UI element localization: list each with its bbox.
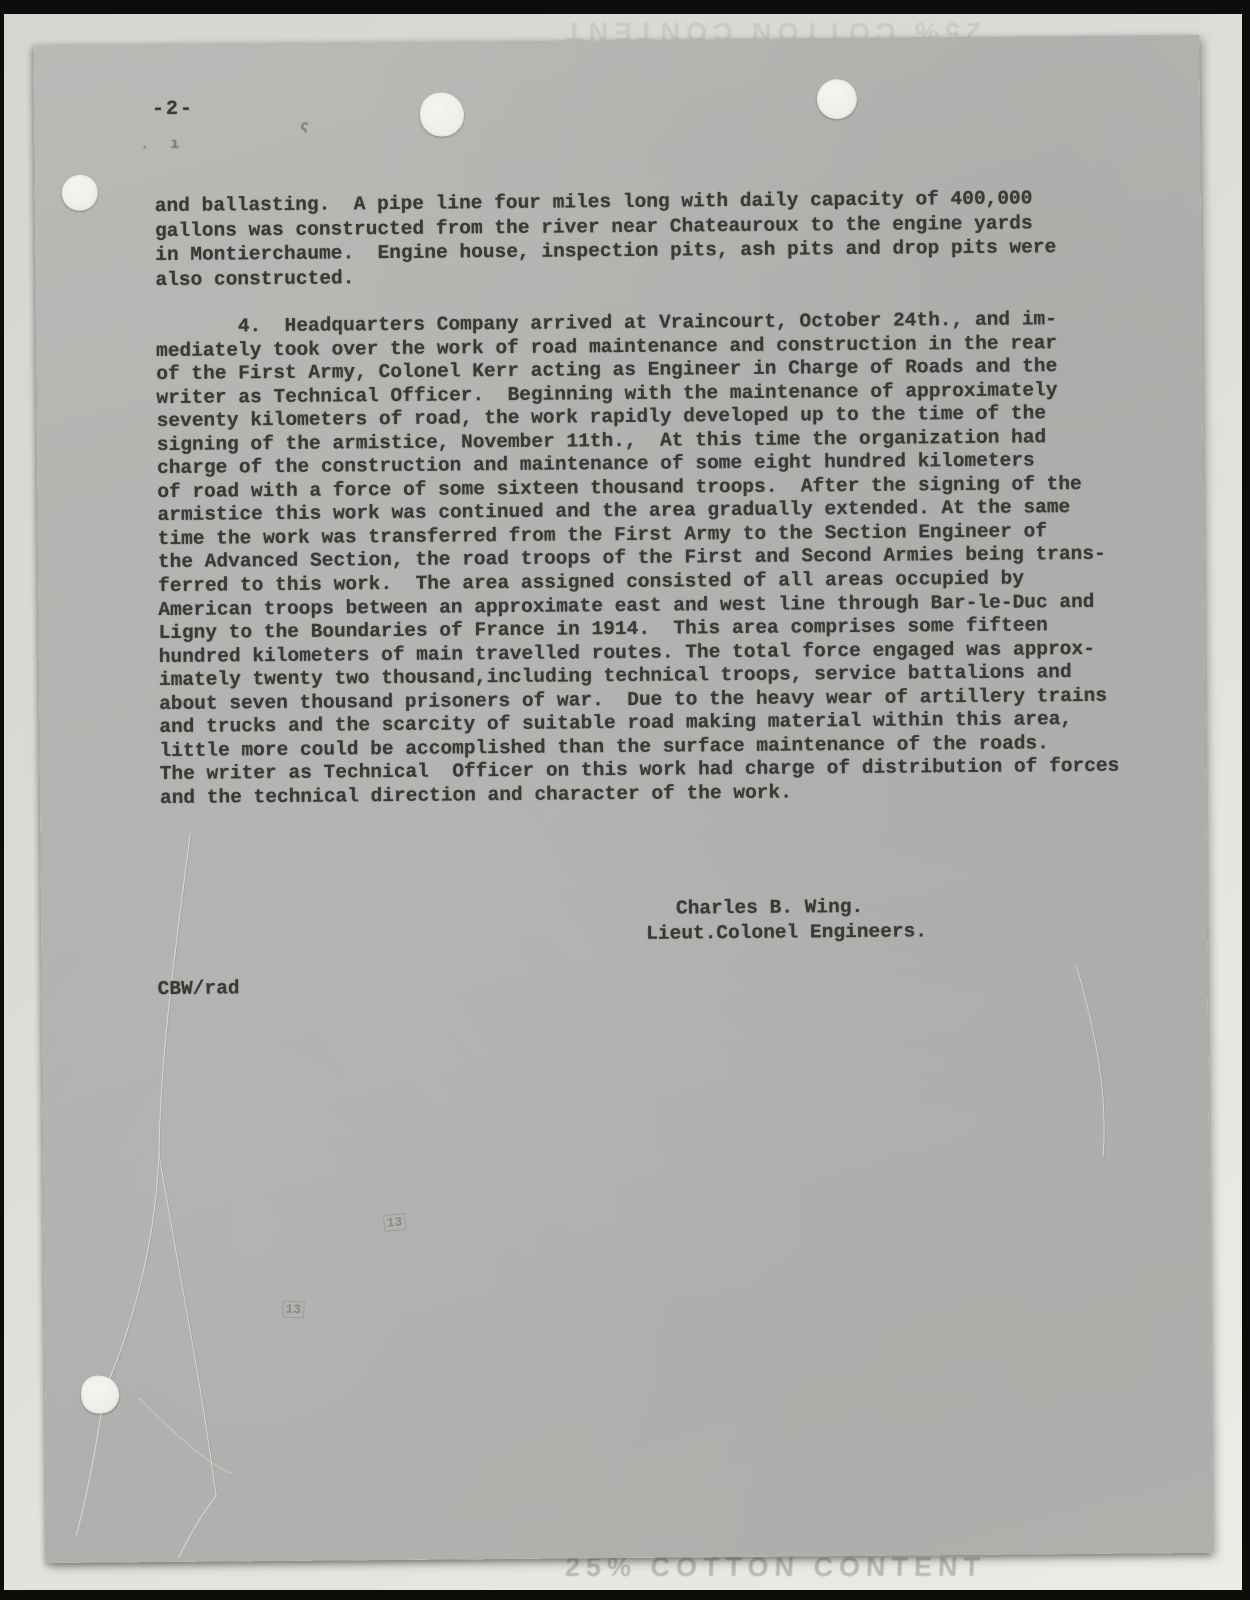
punch-hole-top-right <box>817 79 857 119</box>
stray-ink-mark: ς <box>298 118 310 136</box>
paragraph-continuation: and ballasting. A pipe line four miles l… <box>155 186 1057 292</box>
paragraph-4: 4. Headquarters Company arrived at Vrain… <box>156 308 1120 811</box>
faint-stamp-mark: 13 <box>282 1300 304 1318</box>
signature-name: Charles B. Wing. <box>676 896 863 920</box>
page-number: -2- <box>152 98 194 121</box>
stray-ink-mark: . ı <box>140 136 185 153</box>
faint-stamp-mark: 13 <box>383 1213 406 1232</box>
punch-hole-bottom-left <box>81 1375 119 1413</box>
signature-title: Lieut.Colonel Engineers. <box>646 920 927 944</box>
typist-initials: CBW/rad <box>158 977 240 1000</box>
document-page: -2- . ı ς and ballasting. A pipe line fo… <box>33 35 1212 1563</box>
punch-hole-top-center <box>420 92 464 136</box>
punch-hole-left <box>62 175 98 211</box>
